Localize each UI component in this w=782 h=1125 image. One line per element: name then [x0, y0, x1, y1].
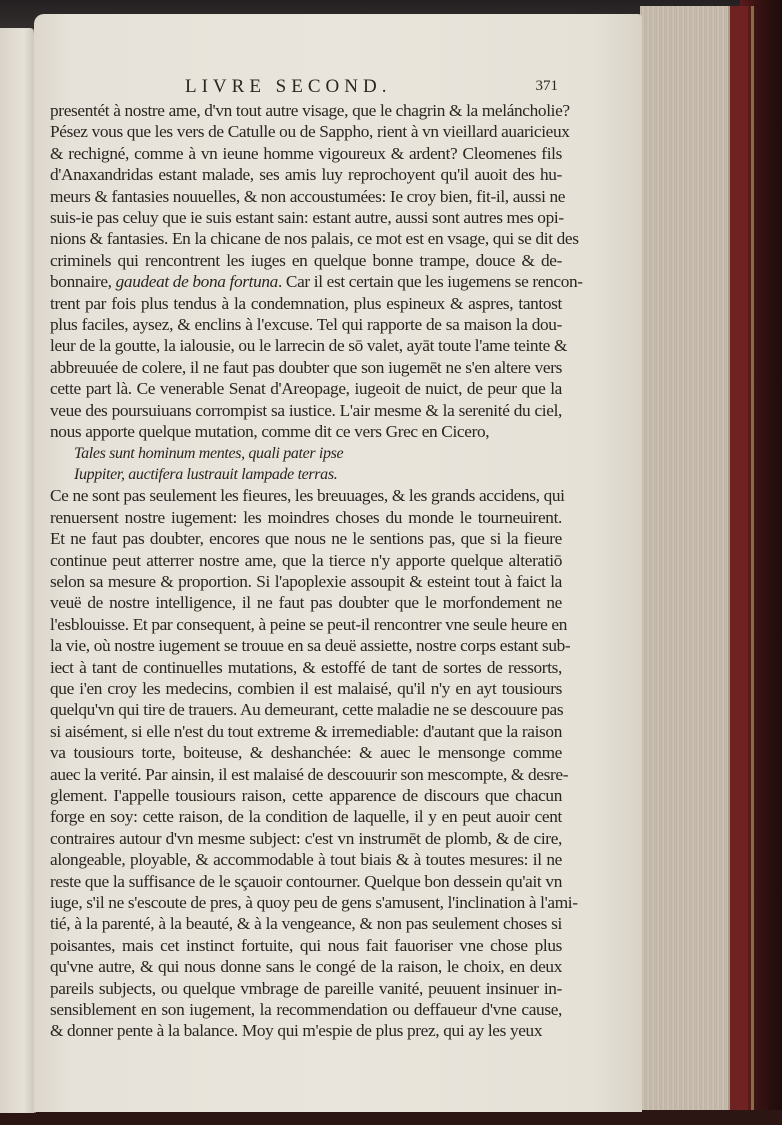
book-page: LIVRE SECOND. 371 presentét à nostre ame…: [34, 14, 642, 1112]
latin-quote-inline: gaudeat de bona fortuna: [116, 272, 278, 291]
text-line: contraires autour d'vn mesme subject: c'…: [50, 828, 562, 849]
text-line: iuge, s'il ne s'escoute de pres, à quoy …: [50, 892, 562, 913]
text-line: Ce ne sont pas seulement les fieures, le…: [50, 485, 562, 506]
text-line: renuersent nostre iugement: les moindres…: [50, 507, 562, 528]
text-line: suis-ie pas celuy que ie suis estant sai…: [50, 207, 562, 228]
text-line: tié, à la parenté, à la beauté, & à la v…: [50, 913, 562, 934]
text-line: Et ne faut pas doubter, encores que nous…: [50, 528, 562, 549]
text-line: alongeable, ployable, & accommodable à t…: [50, 849, 562, 870]
page-number: 371: [536, 78, 559, 95]
text-line: que i'en croy les medecins, combien il e…: [50, 678, 562, 699]
text-line-with-latin: bonnaire, gaudeat de bona fortuna. Car i…: [50, 271, 562, 292]
latin-verse-line: Iuppiter, auctifera lustrauit lampade te…: [50, 464, 578, 485]
text-line: cette part là. Ce venerable Senat d'Areo…: [50, 378, 562, 399]
text-line: veuë de nostre intelligence, il ne faut …: [50, 592, 562, 613]
running-head-title: LIVRE SECOND.: [185, 76, 391, 98]
text-line: d'Anaxandridas estant malade, ses amis l…: [50, 164, 562, 185]
text-line: iect à tant de continuelles mutations, &…: [50, 657, 562, 678]
text-line: forge en soy: cette raison, de la condit…: [50, 806, 562, 827]
text-line: qu'vne autre, & qui nous donne sans le c…: [50, 956, 562, 977]
text-line: quelqu'vn qui tire de trauers. Au demeur…: [50, 699, 562, 720]
text-line: auec la verité. Par ainsin, il est malai…: [50, 764, 562, 785]
text-line: continue peut atterrer nostre ame, que l…: [50, 550, 562, 571]
text-line: glement. I'appelle tousiours raison, cet…: [50, 785, 562, 806]
page-fore-edge: [640, 6, 730, 1114]
text-line: va tousiours torte, boiteuse, & deshanch…: [50, 742, 562, 763]
text-line: veue des poursuiuans corrompist sa iusti…: [50, 400, 562, 421]
text-line: meurs & fantasies nouuelles, & non accou…: [50, 186, 562, 207]
text-line: nous apporte quelque mutation, comme dit…: [50, 421, 562, 442]
text-line: criminels qui rencontrent les iuges en q…: [50, 250, 562, 271]
text-line: si aisément, si elle n'est du tout extre…: [50, 721, 562, 742]
text-line: l'esblouisse. Et par consequent, à peine…: [50, 614, 562, 635]
text-line: reste que la suffisance de le sçauoir co…: [50, 871, 562, 892]
book-scan: LIVRE SECOND. 371 presentét à nostre ame…: [0, 0, 782, 1125]
text-line: pareils subjects, ou quelque vmbrage de …: [50, 978, 562, 999]
text-block: LIVRE SECOND. 371 presentét à nostre ame…: [50, 76, 578, 1042]
text-line: sensiblement en son iugement, la recomme…: [50, 999, 562, 1020]
text-line: Pésez vous que les vers de Catulle ou de…: [50, 121, 562, 142]
text-line: poisantes, mais cet instinct fortuite, q…: [50, 935, 562, 956]
text-fragment: bonnaire,: [50, 272, 116, 291]
text-fragment: . Car il est certain que les iugemens se…: [278, 272, 583, 291]
text-line: presentét à nostre ame, d'vn tout autre …: [50, 100, 562, 121]
text-line: trent par fois plus tendus à la condemna…: [50, 293, 562, 314]
text-line: & rechigné, comme à vn ieune homme vigou…: [50, 143, 562, 164]
text-line: nions & fantasies. En la chicane de nos …: [50, 228, 562, 249]
text-line: plus faciles, aysez, & enclins à l'excus…: [50, 314, 562, 335]
text-line: la vie, où nostre iugement se trouue en …: [50, 635, 562, 656]
previous-leaf-edge: [0, 28, 36, 1113]
text-line: abbreuuée de colere, il ne faut pas doub…: [50, 357, 562, 378]
bottom-shadow: [0, 1110, 782, 1125]
latin-verse-line: Tales sunt hominum mentes, quali pater i…: [50, 443, 578, 464]
text-line: leur de la goutte, la ialousie, ou le la…: [50, 335, 562, 356]
text-line: selon sa mesure & proportion. Si l'apopl…: [50, 571, 562, 592]
running-head: LIVRE SECOND. 371: [50, 76, 578, 100]
text-line: & donner pente à la balance. Moy qui m'e…: [50, 1020, 562, 1041]
